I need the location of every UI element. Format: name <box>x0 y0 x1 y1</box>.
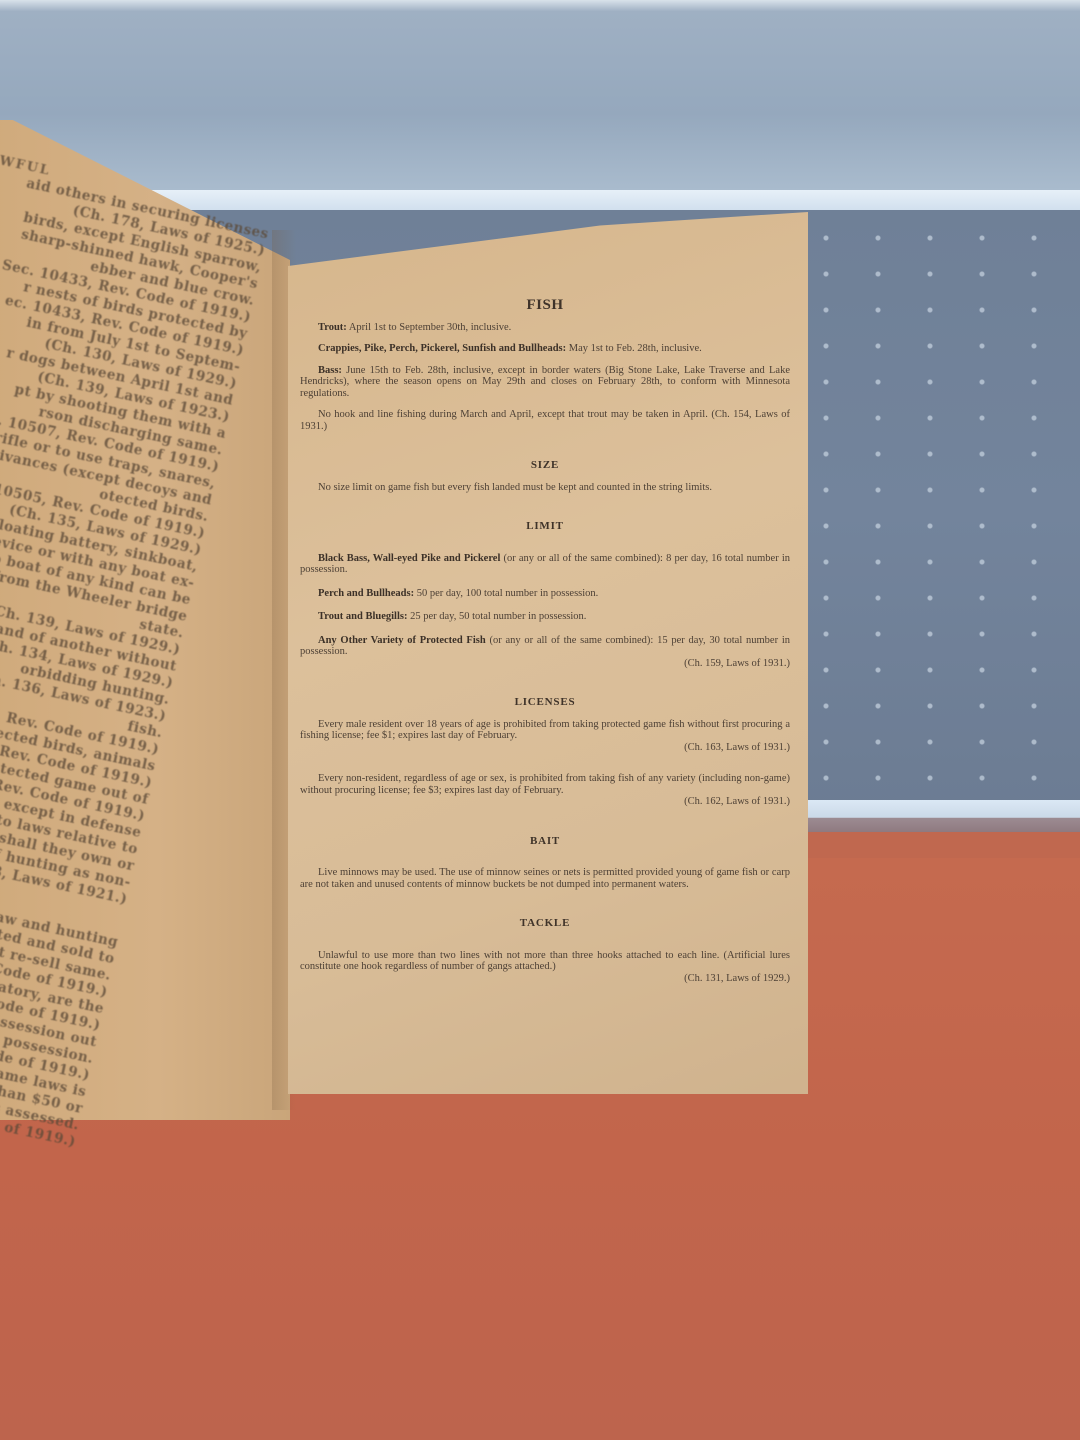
limit-amount: 25 per day, 50 total number in possessio… <box>410 611 586 622</box>
limit-species: Any Other Variety of Protected Fish <box>318 635 486 646</box>
season-species: Crappies, Pike, Perch, Pickerel, Sunfish… <box>318 343 566 354</box>
licenses-heading: LICENSES <box>300 697 790 709</box>
license-citation: (Ch. 162, Laws of 1931.) <box>300 796 790 808</box>
window-blind-upper <box>0 0 1080 190</box>
bait-heading: BAIT <box>300 836 790 848</box>
limit-entry: Perch and Bullheads: 50 per day, 100 tot… <box>300 588 790 600</box>
license-entry: Every non-resident, regardless of age or… <box>300 773 790 796</box>
pegboard-holes <box>800 220 1080 800</box>
size-text: No size limit on game fish but every fis… <box>300 482 790 494</box>
limit-amount: 50 per day, 100 total number in possessi… <box>417 588 599 599</box>
limit-heading: LIMIT <box>300 521 790 533</box>
tackle-heading: TACKLE <box>300 918 790 930</box>
fish-title: FISH <box>300 300 790 312</box>
closed-season-note: No hook and line fishing during March an… <box>300 409 790 432</box>
fish-seasons: Trout: April 1st to September 30th, incl… <box>300 322 790 400</box>
limit-species: Perch and Bullheads: <box>318 588 414 599</box>
limit-citation: (Ch. 159, Laws of 1931.) <box>300 658 790 670</box>
season-species: Trout: <box>318 322 347 333</box>
season-species: Bass: <box>318 365 342 376</box>
limit-entry: Trout and Bluegills: 25 per day, 50 tota… <box>300 611 790 623</box>
limit-list: Black Bass, Wall-eyed Pike and Pickerel … <box>300 553 790 658</box>
bait-text: Live minnows may be used. The use of min… <box>300 867 790 890</box>
season-entry: Trout: April 1st to September 30th, incl… <box>300 322 790 334</box>
season-dates: April 1st to September 30th, inclusive. <box>349 322 511 333</box>
season-entry: Crappies, Pike, Perch, Pickerel, Sunfish… <box>300 343 790 355</box>
season-dates: June 15th to Feb. 28th, inclusive, excep… <box>300 365 790 399</box>
limit-entry: Black Bass, Wall-eyed Pike and Pickerel … <box>300 553 790 576</box>
season-entry: Bass: June 15th to Feb. 28th, inclusive,… <box>300 365 790 400</box>
licenses-list: Every male resident over 18 years of age… <box>300 719 790 808</box>
license-entry: Every male resident over 18 years of age… <box>300 719 790 742</box>
tackle-citation: (Ch. 131, Laws of 1929.) <box>300 973 790 985</box>
fish-regulations: FISH Trout: April 1st to September 30th,… <box>300 300 790 984</box>
limit-species: Black Bass, Wall-eyed Pike and Pickerel <box>318 553 500 564</box>
size-heading: SIZE <box>300 460 790 472</box>
license-citation: (Ch. 163, Laws of 1931.) <box>300 742 790 754</box>
limit-entry: Any Other Variety of Protected Fish (or … <box>300 635 790 658</box>
season-dates: May 1st to Feb. 28th, inclusive. <box>569 343 702 354</box>
limit-species: Trout and Bluegills: <box>318 611 407 622</box>
tackle-text: Unlawful to use more than two lines with… <box>300 950 790 973</box>
